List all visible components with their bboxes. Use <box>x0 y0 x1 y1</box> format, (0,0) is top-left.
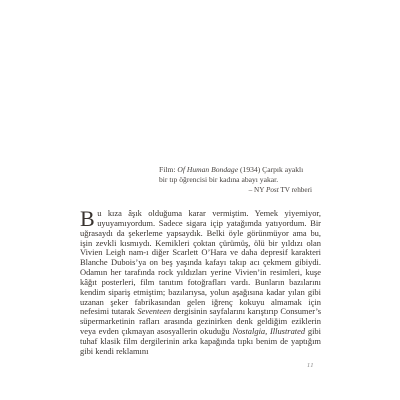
drop-cap: B <box>80 209 97 228</box>
page-number: 11 <box>296 362 314 369</box>
book-page: Film: Of Human Bondage (1934) Çarpık aya… <box>0 0 400 400</box>
body-paragraph: Bu kıza âşık olduğuma karar vermiştim. Y… <box>80 209 321 357</box>
epigraph-text: Film: Of Human Bondage (1934) Çarpık aya… <box>159 165 312 184</box>
epigraph: Film: Of Human Bondage (1934) Çarpık aya… <box>159 165 312 196</box>
epigraph-attribution: – NY Post TV rehberi <box>159 186 312 196</box>
body-text: u kıza âşık olduğuma karar vermiştim. Ye… <box>80 208 321 356</box>
